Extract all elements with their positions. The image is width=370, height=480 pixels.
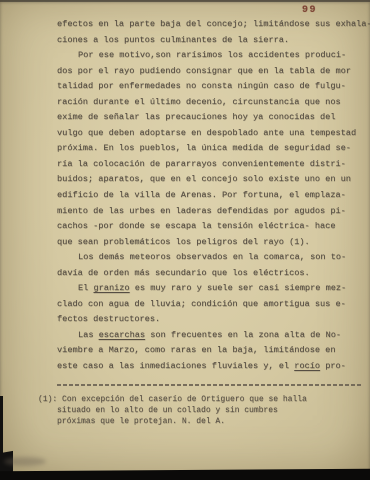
text-line: ración durante el último decenio, circun… xyxy=(57,95,367,111)
footnote-line: próximas que le protejan. N. del A. xyxy=(38,416,358,427)
text-line: miento de las urbes en laderas defendida… xyxy=(57,204,367,220)
text-line: dos por el rayo pudiendo consignar que e… xyxy=(57,64,367,80)
text-line: efectos en la parte baja del concejo; li… xyxy=(57,17,367,33)
underlined-term: escarchas xyxy=(99,330,145,340)
text-line: fectos destructores. xyxy=(57,312,367,328)
text-segment: buidos; aparatos, que en el concejo solo… xyxy=(57,174,351,184)
text-line: próxima. En los pueblos, la única medida… xyxy=(57,141,367,157)
paper: 99 efectos en la parte baja del concejo;… xyxy=(0,0,370,473)
underlined-term: granizo xyxy=(93,283,129,293)
footnote-line: (1): Con excepción del caserío de Ortigu… xyxy=(38,394,358,405)
paper-smudge xyxy=(4,457,46,466)
text-line: exime de señalar las precauciones hoy ya… xyxy=(57,110,367,126)
text-line: Por ese motivo,son rarísimos los acciden… xyxy=(57,48,367,64)
text-line: edificio de la villa de Arenas. Por fort… xyxy=(57,188,367,204)
footnote-separator xyxy=(57,384,361,386)
text-segment: viembre a Marzo, como raras en la baja, … xyxy=(57,345,335,355)
text-segment: este caso a las inmediaciones fluviales … xyxy=(57,361,294,371)
text-segment: que sean problemáticos los peligros del … xyxy=(57,237,310,247)
text-line: Los demás meteoros observados en la coma… xyxy=(57,250,367,266)
text-segment: edificio de la villa de Arenas. Por fort… xyxy=(57,190,346,200)
text-line: ría la colocación de pararrayos convenie… xyxy=(57,157,367,173)
page-number: 99 xyxy=(302,5,317,16)
footnote-line: situado en lo alto de un collado y sin c… xyxy=(38,405,358,416)
scan-edge-top xyxy=(0,0,370,2)
text-segment: ración durante el último decenio, circun… xyxy=(57,97,341,107)
text-line: cachos -por donde se escapa la tensión e… xyxy=(57,219,367,235)
text-segment: talidad por enfermedades no consta ningú… xyxy=(57,81,346,91)
text-line: vulgo que deben adoptarse en despoblado … xyxy=(57,126,367,142)
underlined-term: rocío xyxy=(294,361,320,371)
text-segment: Las xyxy=(78,330,99,340)
text-segment: pro- xyxy=(320,361,346,371)
text-line: viembre a Marzo, como raras en la baja, … xyxy=(57,343,367,359)
footnote: (1): Con excepción del caserío de Ortigu… xyxy=(38,394,358,428)
text-line: que sean problemáticos los peligros del … xyxy=(57,235,367,251)
text-segment: efectos en la parte baja del concejo; li… xyxy=(57,19,370,29)
text-segment: vulgo que deben adoptarse en despoblado … xyxy=(57,128,356,138)
text-segment: Por ese motivo,son rarísimos los acciden… xyxy=(78,50,346,60)
text-segment: davía de orden más secundario que los el… xyxy=(57,268,310,278)
text-segment: El xyxy=(78,283,93,293)
text-segment: dos por el rayo pudiendo consignar que e… xyxy=(57,66,351,76)
text-segment: miento de las urbes en laderas defendida… xyxy=(57,206,346,216)
body-text: efectos en la parte baja del concejo; li… xyxy=(57,17,367,375)
text-line: El granizo es muy raro y suele ser casi … xyxy=(57,281,367,297)
text-segment: clado con agua de lluvia; condición que … xyxy=(57,299,346,309)
text-segment: Los demás meteoros observados en la coma… xyxy=(78,252,346,262)
text-segment: exime de señalar las precauciones hoy ya… xyxy=(57,112,335,122)
text-line: clado con agua de lluvia; condición que … xyxy=(57,297,367,313)
text-line: buidos; aparatos, que en el concejo solo… xyxy=(57,172,367,188)
text-line: talidad por enfermedades no consta ningú… xyxy=(57,79,367,95)
text-segment: cachos -por donde se escapa la tensión e… xyxy=(57,221,335,231)
text-line: Las escarchas son frecuentes en la zona … xyxy=(57,328,367,344)
text-segment: fectos destructores. xyxy=(57,314,160,324)
text-segment: próxima. En los pueblos, la única medida… xyxy=(57,143,351,153)
text-segment: son frecuentes en la zona alta de No- xyxy=(145,330,341,340)
text-line: este caso a las inmediaciones fluviales … xyxy=(57,359,367,375)
text-line: ciones a los puntos culminantes de la si… xyxy=(57,33,367,49)
text-segment: ría la colocación de pararrayos convenie… xyxy=(57,159,346,169)
text-segment: ciones a los puntos culminantes de la si… xyxy=(57,35,289,45)
text-line: davía de orden más secundario que los el… xyxy=(57,266,367,282)
scanned-page: 99 efectos en la parte baja del concejo;… xyxy=(0,0,370,480)
scan-edge-bottom xyxy=(0,469,370,480)
text-segment: es muy raro y suele ser casi siempre mez… xyxy=(130,283,347,293)
